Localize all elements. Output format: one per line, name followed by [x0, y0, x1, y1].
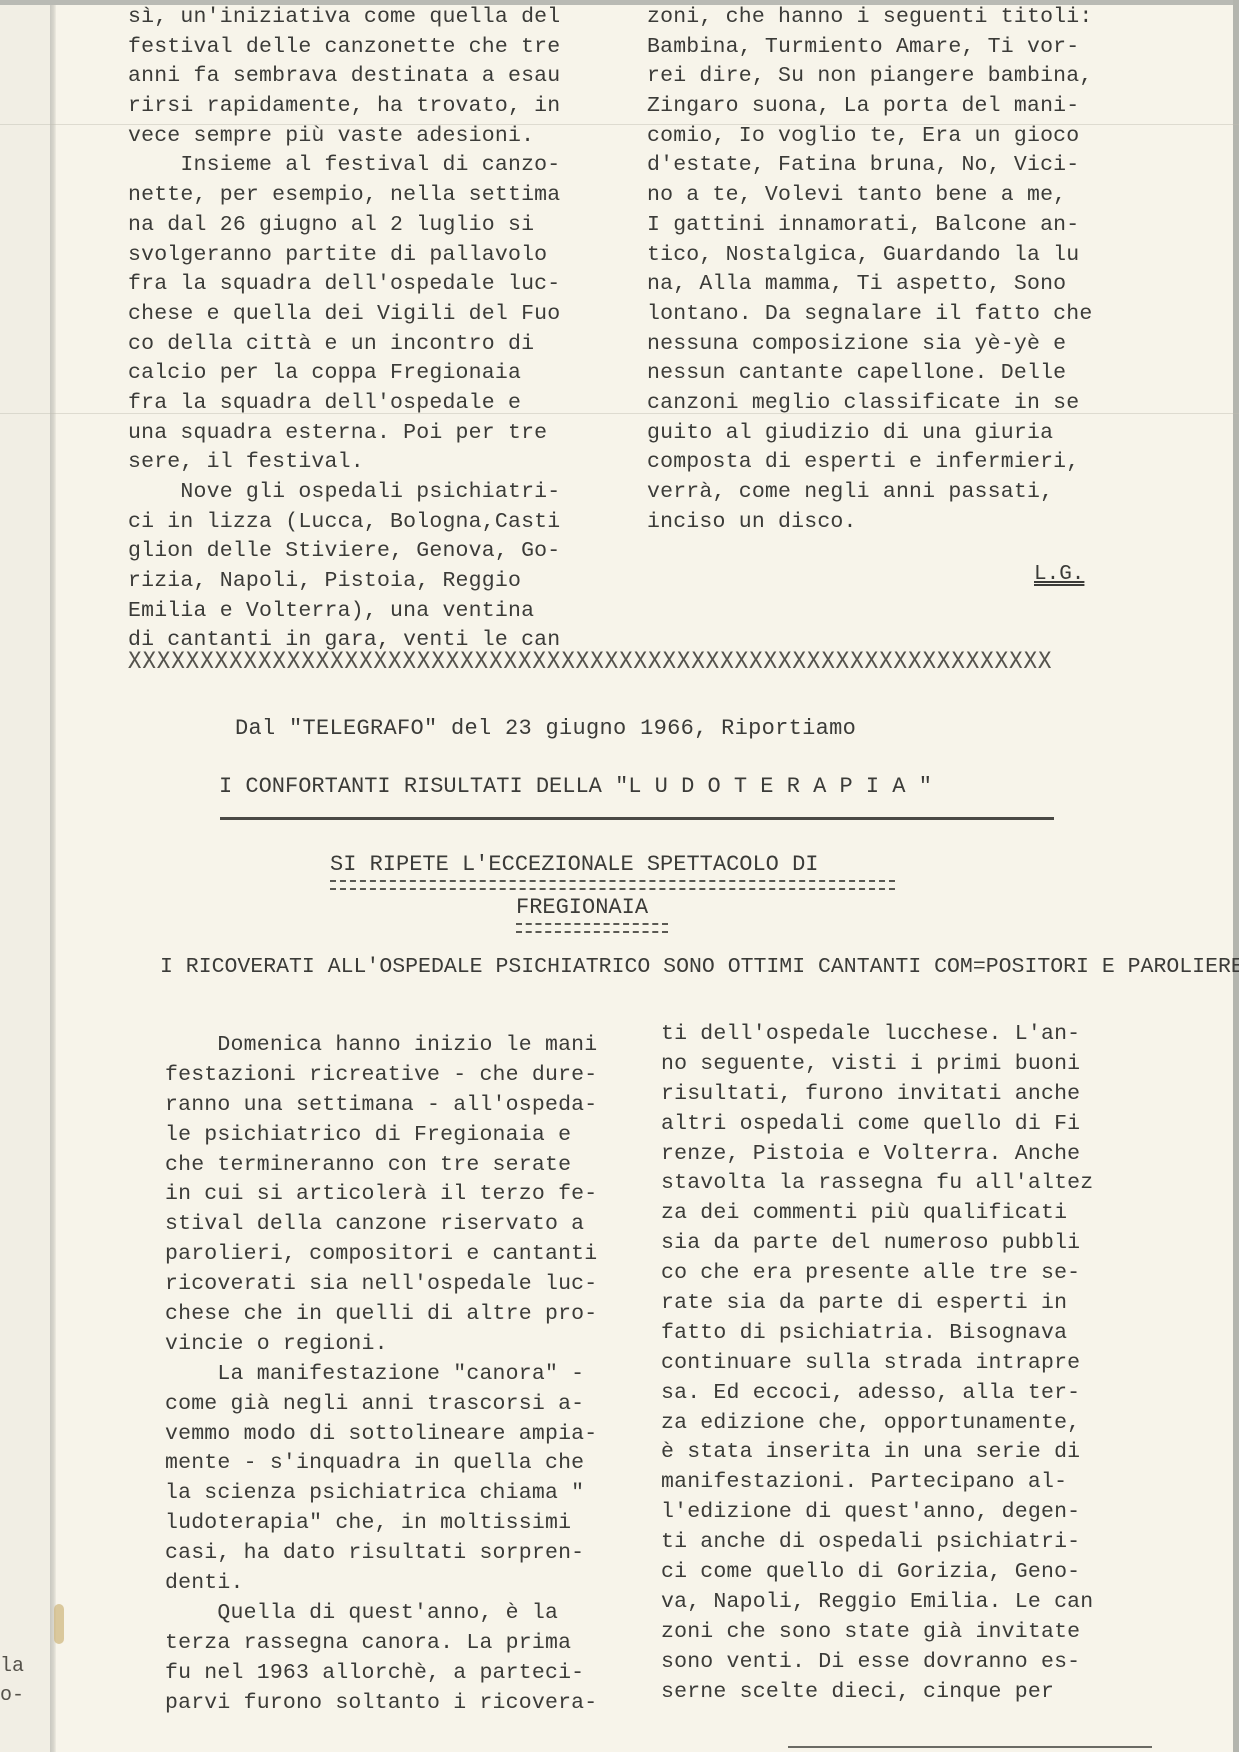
text-line: I RICOVERATI ALL'OSPEDALE PSICHIATRICO S… [160, 955, 986, 979]
text-line: composta di esperti e infermieri, [647, 448, 1092, 478]
text-line: sere, il festival. [128, 448, 560, 478]
headline-rule [220, 817, 1054, 820]
text-line: sì, un'iniziativa come quella del [128, 3, 560, 33]
source-attribution: Dal "TELEGRAFO" del 23 giugno 1966, Ripo… [235, 716, 856, 741]
text-line: la scienza psichiatrica chiama " [165, 1479, 597, 1509]
text-line: canzoni meglio classificate in se [647, 389, 1092, 419]
text-line: rei dire, Su non piangere bambina, [647, 62, 1092, 92]
text-line: verrà, come negli anni passati, [647, 478, 1092, 508]
text-line: comio, Io voglio te, Era un gioco [647, 122, 1092, 152]
text-line: fra la squadra dell'ospedale e [128, 389, 560, 419]
text-line: ludoterapia" che, in moltissimi [165, 1509, 597, 1539]
text-line: come già negli anni trascorsi a- [165, 1390, 597, 1420]
bottom-rule [788, 1746, 1152, 1748]
top-article-left-column: sì, un'iniziativa come quella delfestiva… [128, 3, 560, 656]
text-line: casi, ha dato risultati sorpren- [165, 1539, 597, 1569]
text-line: POSITORI E PAROLIERE. [986, 955, 1239, 979]
text-line: chese e quella dei Vigili del Fuo [128, 300, 560, 330]
text-line: co della città e un incontro di [128, 330, 560, 360]
text-line: altri ospedali come quello di Fi [661, 1110, 1093, 1140]
subhead-line-2: FREGIONAIA [516, 895, 648, 920]
text-line: vincie o regioni. [165, 1330, 597, 1360]
text-line: no seguente, visti i primi buoni [661, 1050, 1093, 1080]
text-line: tico, Nostalgica, Guardando la lu [647, 241, 1092, 271]
text-line: rirsi rapidamente, ha trovato, in [128, 92, 560, 122]
text-line: che termineranno con tre serate [165, 1151, 597, 1181]
text-line: vemmo modo di sottolineare ampia- [165, 1420, 597, 1450]
text-line: Bambina, Turmiento Amare, Ti vor- [647, 33, 1092, 63]
top-article-right-column: zoni, che hanno i seguenti titoli:Bambin… [647, 3, 1092, 537]
text-line: l'edizione di quest'anno, degen- [661, 1498, 1093, 1528]
text-line: ci come quello di Gorizia, Geno- [661, 1558, 1093, 1588]
margin-fragment: o- [0, 1684, 24, 1707]
text-line: na dal 26 giugno al 2 luglio si [128, 211, 560, 241]
text-line: sia da parte del numeroso pubbli [661, 1229, 1093, 1259]
text-line: Insieme al festival di canzo- [128, 151, 560, 181]
text-line: festazioni ricreative - che dure- [165, 1061, 597, 1091]
text-line: nette, per esempio, nella settima [128, 181, 560, 211]
text-line: nessuna composizione sia yè-yè e [647, 330, 1092, 360]
text-line: Zingaro suona, La porta del mani- [647, 92, 1092, 122]
text-line: ricoverati sia nell'ospedale luc- [165, 1270, 597, 1300]
text-line: manifestazioni. Partecipano al- [661, 1468, 1093, 1498]
text-line: vece sempre più vaste adesioni. [128, 122, 560, 152]
author-signature: L.G. [1034, 563, 1084, 586]
text-line: La manifestazione "canora" - [165, 1360, 597, 1390]
text-line: zoni, che hanno i seguenti titoli: [647, 3, 1092, 33]
text-line: za edizione che, opportunamente, [661, 1409, 1093, 1439]
text-line: sono venti. Di esse dovranno es- [661, 1648, 1093, 1678]
text-line: va, Napoli, Reggio Emilia. Le can [661, 1588, 1093, 1618]
text-line: stival della canzone riservato a [165, 1210, 597, 1240]
text-line: lontano. Da segnalare il fatto che [647, 300, 1092, 330]
page-binding-fold [50, 5, 56, 1752]
text-line: le psichiatrico di Fregionaia e [165, 1121, 597, 1151]
text-line: risultati, furono invitati anche [661, 1080, 1093, 1110]
article-headline: I CONFORTANTI RISULTATI DELLA "L U D O T… [219, 774, 932, 799]
text-line: anni fa sembrava destinata a esau [128, 62, 560, 92]
text-line: stavolta la rassegna fu all'altez [661, 1169, 1093, 1199]
article-right-column: ti dell'ospedale lucchese. L'an-no segue… [661, 1020, 1093, 1707]
text-line: rizia, Napoli, Pistoia, Reggio [128, 567, 560, 597]
text-line: d'estate, Fatina bruna, No, Vici- [647, 151, 1092, 181]
subhead-double-underline [516, 923, 668, 933]
text-line: rate sia da parte di esperti in [661, 1289, 1093, 1319]
typed-separator-row: ХХХХХХХХХХХХХХХХХХХХХХХХХХХХХХХХХХХХХХХХ… [128, 649, 1148, 674]
text-line: denti. [165, 1569, 597, 1599]
text-line: calcio per la coppa Fregionaia [128, 359, 560, 389]
text-line: in cui si articolerà il terzo fe- [165, 1180, 597, 1210]
text-line: za dei commenti più qualificati [661, 1199, 1093, 1229]
text-line: mente - s'inquadra in quella che [165, 1449, 597, 1479]
text-line: inciso un disco. [647, 508, 1092, 538]
article-left-column: Domenica hanno inizio le manifestazioni … [165, 1031, 597, 1718]
text-line: renze, Pistoia e Volterra. Anche [661, 1140, 1093, 1170]
page-right-edge [1233, 0, 1239, 1752]
text-line: una squadra esterna. Poi per tre [128, 419, 560, 449]
text-line: Quella di quest'anno, è la [165, 1599, 597, 1629]
text-line: ti anche di ospedali psichiatri- [661, 1528, 1093, 1558]
text-line: guito al giudizio di una giuria [647, 419, 1092, 449]
text-line: co che era presente alle tre se- [661, 1259, 1093, 1289]
text-line: sa. Ed eccoci, adesso, alla ter- [661, 1379, 1093, 1409]
margin-fragment: la [0, 1655, 24, 1678]
text-line: svolgeranno partite di pallavolo [128, 241, 560, 271]
subhead-line-1: SI RIPETE L'ECCEZIONALE SPETTACOLO DI [330, 852, 818, 877]
text-line: fatto di psichiatria. Bisognava [661, 1319, 1093, 1349]
text-line: serne scelte dieci, cinque per [661, 1678, 1093, 1708]
text-line: I gattini innamorati, Balcone an- [647, 211, 1092, 241]
text-line: Nove gli ospedali psichiatri- [128, 478, 560, 508]
subhead-double-underline [330, 880, 895, 890]
article-kicker: I RICOVERATI ALL'OSPEDALE PSICHIATRICO S… [160, 951, 1239, 984]
text-line: ranno una settimana - all'ospeda- [165, 1091, 597, 1121]
text-line: festival delle canzonette che tre [128, 33, 560, 63]
text-line: glion delle Stiviere, Genova, Go- [128, 537, 560, 567]
text-line: fra la squadra dell'ospedale luc- [128, 270, 560, 300]
text-line: parolieri, compositori e cantanti [165, 1240, 597, 1270]
text-line: nessun cantante capellone. Delle [647, 359, 1092, 389]
text-line: continuare sulla strada intrapre [661, 1349, 1093, 1379]
text-line: na, Alla mamma, Ti aspetto, Sono [647, 270, 1092, 300]
text-line: chese che in quelli di altre pro- [165, 1300, 597, 1330]
text-line: terza rassegna canora. La prima [165, 1629, 597, 1659]
adjacent-page-strip [0, 5, 52, 1752]
text-line: no a te, Volevi tanto bene a me, [647, 181, 1092, 211]
text-line: è stata inserita in una serie di [661, 1438, 1093, 1468]
text-line: Domenica hanno inizio le mani [165, 1031, 597, 1061]
paper-stain [54, 1604, 64, 1644]
text-line: parvi furono soltanto i ricovera- [165, 1689, 597, 1719]
text-line: Emilia e Volterra), una ventina [128, 597, 560, 627]
text-line: ci in lizza (Lucca, Bologna,Casti [128, 508, 560, 538]
text-line: zoni che sono state già invitate [661, 1618, 1093, 1648]
text-line: ti dell'ospedale lucchese. L'an- [661, 1020, 1093, 1050]
text-line: fu nel 1963 allorchè, a parteci- [165, 1659, 597, 1689]
